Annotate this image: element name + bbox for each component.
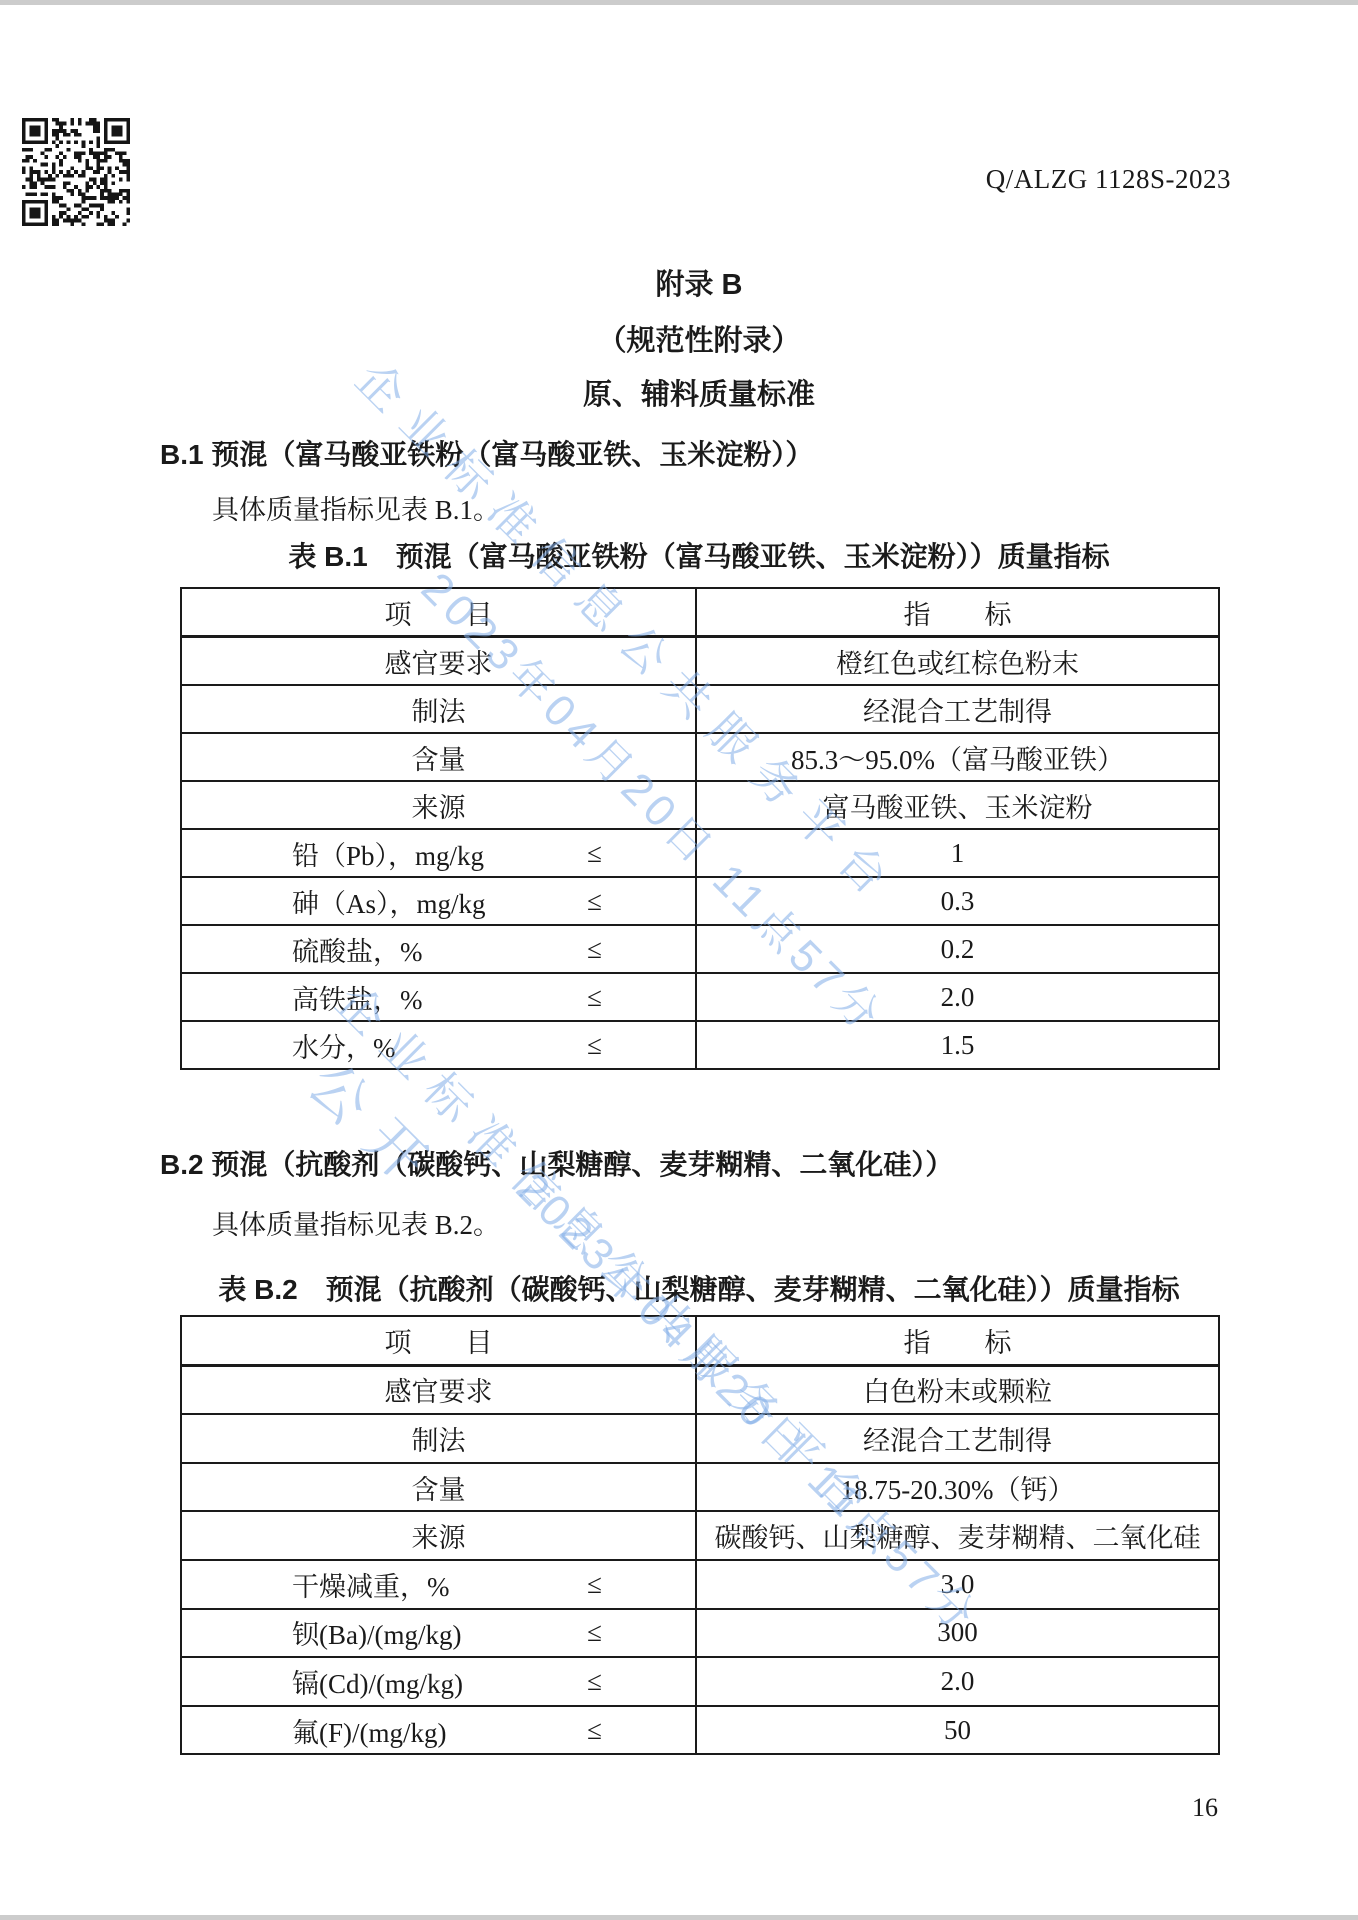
item-cell: 氟(F)/(mg/kg)≤ <box>181 1706 696 1755</box>
item-label: 镉(Cd)/(mg/kg) <box>292 1662 463 1701</box>
spec-cell: 0.3 <box>696 877 1219 925</box>
table-row: 氟(F)/(mg/kg)≤50 <box>181 1706 1219 1755</box>
table-row: 铅（Pb），mg/kg≤1 <box>181 829 1219 877</box>
spec-cell: 1.5 <box>696 1021 1219 1069</box>
item-limit-row: 砷（As），mg/kg≤ <box>182 878 695 924</box>
item-cell: 铅（Pb），mg/kg≤ <box>181 829 696 877</box>
appendix-subject-title: 原、辅料质量标准 <box>180 372 1218 413</box>
item-label: 钡(Ba)/(mg/kg) <box>292 1613 461 1652</box>
spec-cell: 2.0 <box>696 1657 1219 1706</box>
table-b1-caption: 表 B.1 预混（富马酸亚铁粉（富马酸亚铁、玉米淀粉））质量指标 <box>180 535 1218 575</box>
spec-cell: 0.2 <box>696 925 1219 973</box>
table-row: 水分，%≤1.5 <box>181 1021 1219 1069</box>
spec-cell: 经混合工艺制得 <box>696 685 1219 733</box>
table-row: 干燥减重，%≤3.0 <box>181 1560 1219 1609</box>
item-label: 干燥减重，% <box>292 1565 450 1604</box>
table-row: 感官要求橙红色或红棕色粉末 <box>181 637 1219 686</box>
spec-cell: 碳酸钙、山梨糖醇、麦芽糊精、二氧化硅 <box>696 1511 1219 1560</box>
item-label: 铅（Pb），mg/kg <box>292 834 484 873</box>
item-cell: 硫酸盐，%≤ <box>181 925 696 973</box>
table-row: 来源碳酸钙、山梨糖醇、麦芽糊精、二氧化硅 <box>181 1511 1219 1560</box>
item-cell: 水分，%≤ <box>181 1021 696 1069</box>
spec-cell: 50 <box>696 1706 1219 1755</box>
spec-cell: 300 <box>696 1609 1219 1658</box>
scan-edge-bottom <box>0 1915 1358 1920</box>
item-limit-row: 氟(F)/(mg/kg)≤ <box>182 1707 695 1754</box>
standard-document-page: Q/ALZG 1128S-2023 附录 B （规范性附录） 原、辅料质量标准 … <box>0 0 1358 1920</box>
item-limit-row: 高铁盐，%≤ <box>182 974 695 1020</box>
item-cell: 镉(Cd)/(mg/kg)≤ <box>181 1657 696 1706</box>
spec-cell: 3.0 <box>696 1560 1219 1609</box>
table-b2: 项 目 指 标 感官要求白色粉末或颗粒制法经混合工艺制得含量18.75-20.3… <box>180 1315 1220 1755</box>
item-label: 高铁盐，% <box>292 978 423 1017</box>
item-cell: 含量 <box>181 1463 696 1512</box>
table-b2-caption: 表 B.2 预混（抗酸剂（碳酸钙、山梨糖醇、麦芽糊精、二氧化硅））质量指标 <box>180 1268 1218 1308</box>
item-cell: 感官要求 <box>181 1365 696 1414</box>
spec-cell: 富马酸亚铁、玉米淀粉 <box>696 781 1219 829</box>
item-cell: 来源 <box>181 781 696 829</box>
document-code: Q/ALZG 1128S-2023 <box>986 164 1231 195</box>
item-label: 硫酸盐，% <box>292 930 423 969</box>
less-equal-operator: ≤ <box>587 1617 602 1648</box>
item-cell: 钡(Ba)/(mg/kg)≤ <box>181 1609 696 1658</box>
spec-cell: 经混合工艺制得 <box>696 1414 1219 1463</box>
less-equal-operator: ≤ <box>587 886 602 917</box>
item-cell: 高铁盐，%≤ <box>181 973 696 1021</box>
spec-cell: 橙红色或红棕色粉末 <box>696 637 1219 686</box>
section-b2-heading: B.2 预混（抗酸剂（碳酸钙、山梨糖醇、麦芽糊精、二氧化硅）） <box>160 1143 953 1183</box>
table-row: 制法经混合工艺制得 <box>181 1414 1219 1463</box>
item-limit-row: 水分，%≤ <box>182 1022 695 1068</box>
item-label: 氟(F)/(mg/kg) <box>292 1711 447 1750</box>
table-b1: 项 目 指 标 感官要求橙红色或红棕色粉末制法经混合工艺制得含量85.3～95.… <box>180 587 1220 1070</box>
item-label: 砷（As），mg/kg <box>292 882 486 921</box>
item-limit-row: 镉(Cd)/(mg/kg)≤ <box>182 1658 695 1705</box>
table-row: 高铁盐，%≤2.0 <box>181 973 1219 1021</box>
item-cell: 含量 <box>181 733 696 781</box>
spec-cell: 18.75-20.30%（钙） <box>696 1463 1219 1512</box>
table-row: 镉(Cd)/(mg/kg)≤2.0 <box>181 1657 1219 1706</box>
item-cell: 砷（As），mg/kg≤ <box>181 877 696 925</box>
less-equal-operator: ≤ <box>587 838 602 869</box>
page-number: 16 <box>1192 1793 1218 1823</box>
qr-code <box>22 118 130 226</box>
less-equal-operator: ≤ <box>587 1715 602 1746</box>
section-b1-intro: 具体质量指标见表 B.1。 <box>212 488 500 527</box>
section-b2-intro: 具体质量指标见表 B.2。 <box>212 1203 500 1242</box>
table-row: 砷（As），mg/kg≤0.3 <box>181 877 1219 925</box>
less-equal-operator: ≤ <box>587 1569 602 1600</box>
item-cell: 来源 <box>181 1511 696 1560</box>
item-limit-row: 硫酸盐，%≤ <box>182 926 695 972</box>
column-header-item: 项 目 <box>181 588 696 637</box>
less-equal-operator: ≤ <box>587 934 602 965</box>
spec-cell: 2.0 <box>696 973 1219 1021</box>
normative-subtitle: （规范性附录） <box>180 318 1218 359</box>
spec-cell: 白色粉末或颗粒 <box>696 1365 1219 1414</box>
item-limit-row: 干燥减重，%≤ <box>182 1561 695 1608</box>
item-limit-row: 钡(Ba)/(mg/kg)≤ <box>182 1610 695 1657</box>
table-row: 制法经混合工艺制得 <box>181 685 1219 733</box>
less-equal-operator: ≤ <box>587 982 602 1013</box>
scan-edge-top <box>0 0 1358 5</box>
item-cell: 感官要求 <box>181 637 696 686</box>
appendix-title: 附录 B <box>180 262 1218 303</box>
table-row: 含量85.3～95.0%（富马酸亚铁） <box>181 733 1219 781</box>
table-row: 钡(Ba)/(mg/kg)≤300 <box>181 1609 1219 1658</box>
column-header-item: 项 目 <box>181 1316 696 1365</box>
table-row: 硫酸盐，%≤0.2 <box>181 925 1219 973</box>
item-cell: 制法 <box>181 1414 696 1463</box>
less-equal-operator: ≤ <box>587 1030 602 1061</box>
table-header-row: 项 目 指 标 <box>181 588 1219 637</box>
item-cell: 干燥减重，%≤ <box>181 1560 696 1609</box>
less-equal-operator: ≤ <box>587 1666 602 1697</box>
section-b1-heading: B.1 预混（富马酸亚铁粉（富马酸亚铁、玉米淀粉）） <box>160 433 813 473</box>
spec-cell: 85.3～95.0%（富马酸亚铁） <box>696 733 1219 781</box>
spec-cell: 1 <box>696 829 1219 877</box>
table-row: 感官要求白色粉末或颗粒 <box>181 1365 1219 1414</box>
item-cell: 制法 <box>181 685 696 733</box>
column-header-spec: 指 标 <box>696 588 1219 637</box>
table-header-row: 项 目 指 标 <box>181 1316 1219 1365</box>
item-limit-row: 铅（Pb），mg/kg≤ <box>182 830 695 876</box>
table-row: 来源富马酸亚铁、玉米淀粉 <box>181 781 1219 829</box>
table-row: 含量18.75-20.30%（钙） <box>181 1463 1219 1512</box>
column-header-spec: 指 标 <box>696 1316 1219 1365</box>
item-label: 水分，% <box>292 1026 396 1065</box>
